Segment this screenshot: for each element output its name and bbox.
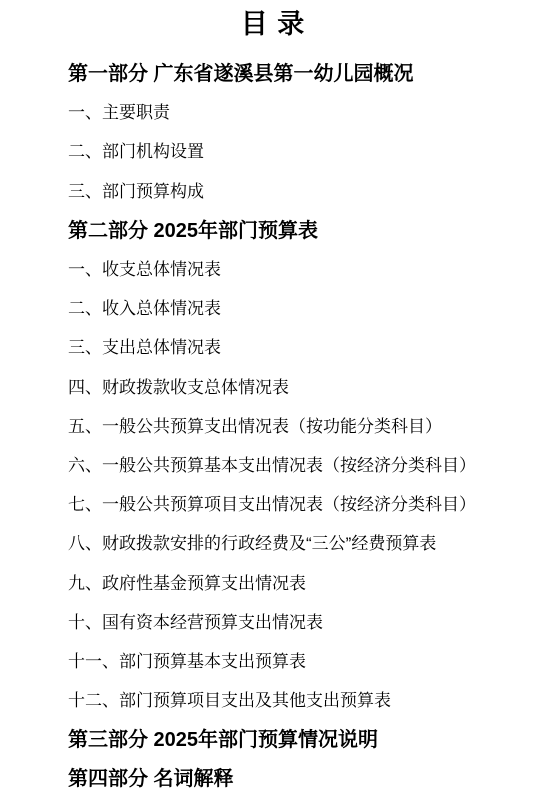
toc-section-heading: 第三部分 2025年部门预算情况说明 bbox=[68, 718, 518, 757]
toc-entry: 三、支出总体情况表 bbox=[68, 326, 518, 365]
toc-list: 第一部分 广东省遂溪县第一幼儿园概况一、主要职责二、部门机构设置三、部门预算构成… bbox=[0, 52, 558, 797]
toc-entry: 二、收入总体情况表 bbox=[68, 287, 518, 326]
toc-entry: 一、主要职责 bbox=[68, 91, 518, 130]
toc-entry: 一、收支总体情况表 bbox=[68, 248, 518, 287]
toc-section-heading: 第二部分 2025年部门预算表 bbox=[68, 209, 518, 248]
toc-entry: 二、部门机构设置 bbox=[68, 130, 518, 169]
toc-entry: 四、财政拨款收支总体情况表 bbox=[68, 366, 518, 405]
toc-section-heading: 第一部分 广东省遂溪县第一幼儿园概况 bbox=[68, 52, 518, 91]
toc-entry: 十一、部门预算基本支出预算表 bbox=[68, 640, 518, 679]
toc-entry: 六、一般公共预算基本支出情况表（按经济分类科目） bbox=[68, 444, 518, 483]
toc-entry: 五、一般公共预算支出情况表（按功能分类科目） bbox=[68, 405, 518, 444]
toc-entry: 十、国有资本经营预算支出情况表 bbox=[68, 601, 518, 640]
toc-entry: 八、财政拨款安排的行政经费及“三公”经费预算表 bbox=[68, 522, 518, 561]
document-page: 目 录 第一部分 广东省遂溪县第一幼儿园概况一、主要职责二、部门机构设置三、部门… bbox=[0, 0, 558, 809]
page-title: 目 录 bbox=[0, 0, 552, 44]
toc-entry: 三、部门预算构成 bbox=[68, 170, 518, 209]
toc-entry: 九、政府性基金预算支出情况表 bbox=[68, 561, 518, 600]
toc-entry: 十二、部门预算项目支出及其他支出预算表 bbox=[68, 679, 518, 718]
toc-section-heading: 第四部分 名词解释 bbox=[68, 757, 518, 796]
toc-entry: 七、一般公共预算项目支出情况表（按经济分类科目） bbox=[68, 483, 518, 522]
